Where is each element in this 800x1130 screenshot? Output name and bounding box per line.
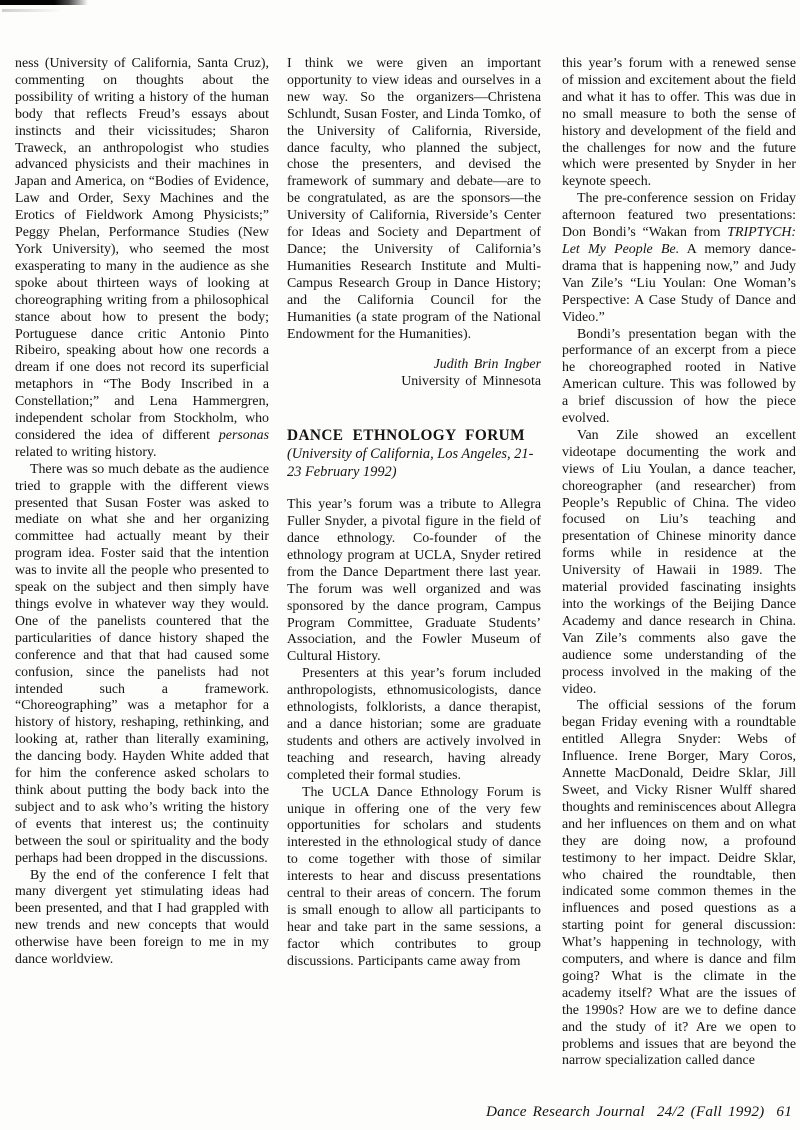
paragraph: By the end of the conference I felt that… (15, 868, 269, 969)
text-column-right: this year’s forum with a renewed sense o… (562, 56, 796, 1070)
author-name: Judith Brin Ingber (287, 357, 541, 374)
paragraph: Van Zile showed an excellent videotape d… (562, 428, 796, 699)
paragraph: This year’s forum was a tribute to Alleg… (287, 497, 541, 666)
article-heading: DANCE ETHNOLOGY FORUM (287, 427, 541, 445)
journal-page: ness (University of California, Santa Cr… (0, 0, 800, 1130)
text-column-left: ness (University of California, Santa Cr… (15, 56, 269, 1070)
paragraph: Bondi’s presentation began with the perf… (562, 327, 796, 428)
paragraph: The UCLA Dance Ethnology Forum is unique… (287, 785, 541, 971)
page-footer-journal-line: Dance Research Journal 24/2 (Fall 1992) … (486, 1103, 792, 1121)
paragraph: The pre-conference session on Friday aft… (562, 191, 796, 326)
scan-artifact-smudge (2, 9, 62, 12)
paragraph: The official sessions of the forum began… (562, 698, 796, 1070)
continued-paragraph: ness (University of California, Santa Cr… (15, 56, 269, 462)
continued-paragraph: I think we were given an important oppor… (287, 56, 541, 343)
article-venue-date: (University of California, Los Angeles, … (287, 446, 541, 481)
text-column-middle: I think we were given an important oppor… (287, 56, 541, 1070)
author-affiliation: University of Minnesota (287, 374, 541, 391)
three-column-text-area: ness (University of California, Santa Cr… (15, 56, 796, 1070)
paragraph: Presenters at this year’s forum included… (287, 666, 541, 784)
paragraph: There was so much debate as the audience… (15, 462, 269, 868)
continued-paragraph: this year’s forum with a renewed sense o… (562, 56, 796, 191)
scan-artifact-mark (0, 0, 88, 5)
